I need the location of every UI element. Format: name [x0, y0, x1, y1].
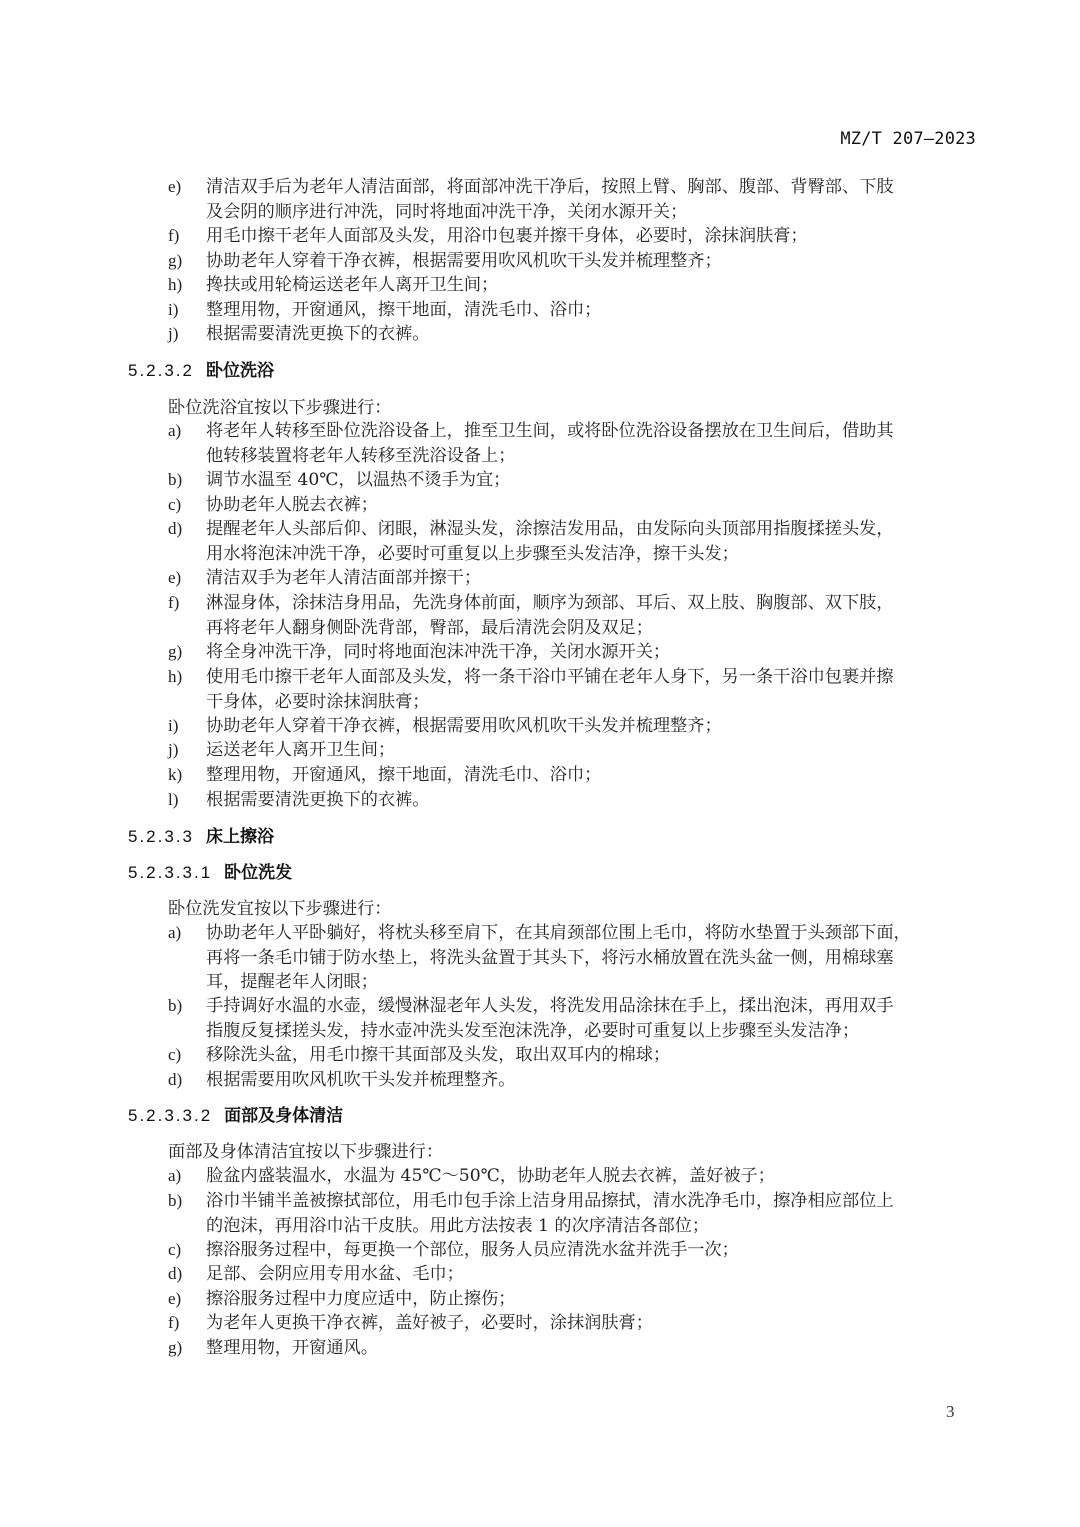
list-item-label: f): [168, 591, 179, 615]
list-item-label: g): [168, 249, 182, 273]
list-item-text: 调节水温至 40℃，以温热不烫手为宜；: [206, 468, 510, 492]
list-item-label: c): [168, 1043, 181, 1067]
list-item-label: e): [168, 175, 181, 199]
list-item-label: a): [168, 921, 181, 945]
list-item-label: f): [168, 224, 179, 248]
section-number: 5.2.3.3: [128, 827, 194, 846]
list-item-label: j): [168, 322, 178, 346]
list-item-text: 根据需要清洗更换下的衣裤。: [206, 322, 429, 346]
list-item-text: 将老年人转移至卧位洗浴设备上，推至卫生间，或将卧位洗浴设备摆放在卫生间后，借助其: [206, 419, 894, 443]
intro-text: 面部及身体清洁宜按以下步骤进行：: [168, 1140, 443, 1164]
list-item-label: d): [168, 1068, 182, 1092]
section-heading: 5.2.3.3.2面部及身体清洁: [128, 1103, 343, 1129]
list-item-label: a): [168, 419, 181, 443]
section-title: 卧位洗浴: [206, 361, 274, 381]
list-item-text: 协助老年人脱去衣裤；: [206, 493, 378, 517]
section-title: 床上擦浴: [206, 827, 274, 847]
list-item-text: 搀扶或用轮椅运送老年人离开卫生间；: [206, 273, 498, 297]
list-item-label: i): [168, 298, 178, 322]
list-item-text: 擦浴服务过程中，每更换一个部位，服务人员应清洗水盆并洗手一次；: [206, 1238, 739, 1262]
standard-code-header: MZ/T 207—2023: [840, 129, 976, 149]
list-item-text: 用毛巾擦干老年人面部及头发，用浴巾包裹并擦干身体，必要时，涂抹润肤膏；: [206, 224, 808, 248]
list-item-label: e): [168, 1287, 181, 1311]
list-item-label: b): [168, 468, 182, 492]
list-item-text: 整理用物，开窗通风。: [206, 1336, 378, 1360]
list-item-label: b): [168, 1189, 182, 1213]
list-item-text: 移除洗头盆，用毛巾擦干其面部及头发，取出双耳内的棉球；: [206, 1043, 670, 1067]
list-item-label: a): [168, 1164, 181, 1188]
list-item-text: 再将一条毛巾铺于防水垫上，将洗头盆置于其头下，将污水桶放置在洗头盆一侧，用棉球塞: [206, 946, 894, 970]
list-item-label: e): [168, 566, 181, 590]
list-item-text: 为老年人更换干净衣裤，盖好被子，必要时，涂抹润肤膏；: [206, 1311, 653, 1335]
list-item-text: 手持调好水温的水壶，缓慢淋湿老年人头发，将洗发用品涂抹在手上，揉出泡沫，再用双手: [206, 994, 894, 1018]
list-item-label: g): [168, 1336, 182, 1360]
list-item-label: d): [168, 1262, 182, 1286]
intro-text: 卧位洗浴宜按以下步骤进行：: [168, 396, 391, 420]
section-heading: 5.2.3.3床上擦浴: [128, 824, 274, 850]
list-item-label: c): [168, 1238, 181, 1262]
list-item-text: 及会阴的顺序进行冲洗，同时将地面冲洗干净，关闭水源开关；: [206, 200, 687, 224]
list-item-label: j): [168, 738, 178, 762]
list-item-text: 的泡沫，再用浴巾沾干皮肤。用此方法按表 1 的次序清洁各部位；: [206, 1214, 709, 1238]
list-item-label: c): [168, 493, 181, 517]
list-item-text: 根据需要用吹风机吹干头发并梳理整齐。: [206, 1068, 515, 1092]
list-item-text: 提醒老年人头部后仰、闭眼，淋湿头发，涂擦洁发用品，由发际向头顶部用指腹揉搓头发，: [206, 517, 894, 541]
list-item-label: g): [168, 640, 182, 664]
list-item-text: 清洁双手后为老年人清洁面部，将面部冲洗干净后，按照上臂、胸部、腹部、背臀部、下肢: [206, 175, 894, 199]
list-item-label: b): [168, 994, 182, 1018]
list-item-label: k): [168, 763, 182, 787]
section-number: 5.2.3.2: [128, 361, 194, 380]
list-item-text: 使用毛巾擦干老年人面部及头发，将一条干浴巾平铺在老年人身下，另一条干浴巾包裹并擦: [206, 665, 894, 689]
list-item-text: 足部、会阴应用专用水盆、毛巾；: [206, 1262, 464, 1286]
list-item-text: 运送老年人离开卫生间；: [206, 738, 395, 762]
list-item-text: 用水将泡沫冲洗干净，必要时可重复以上步骤至头发洁净，擦干头发；: [206, 542, 739, 566]
list-item-text: 协助老年人平卧躺好，将枕头移至肩下，在其肩颈部位围上毛巾，将防水垫置于头颈部下面…: [206, 921, 911, 945]
list-item-label: d): [168, 517, 182, 541]
list-item-text: 清洁双手为老年人清洁面部并擦干；: [206, 566, 481, 590]
list-item-text: 整理用物，开窗通风，擦干地面，清洗毛巾、浴巾；: [206, 763, 601, 787]
list-item-text: 再将老年人翻身侧卧洗背部，臀部，最后清洗会阴及双足；: [206, 616, 653, 640]
list-item-text: 他转移装置将老年人转移至洗浴设备上；: [206, 444, 515, 468]
list-item-label: f): [168, 1311, 179, 1335]
list-item-label: h): [168, 273, 182, 297]
list-item-text: 浴巾半铺半盖被擦拭部位，用毛巾包手涂上洁身用品擦拭，清水洗净毛巾，擦净相应部位上: [206, 1189, 894, 1213]
list-item-text: 协助老年人穿着干净衣裤，根据需要用吹风机吹干头发并梳理整齐；: [206, 714, 722, 738]
list-item-text: 指腹反复揉搓头发，持水壶冲洗头发至泡沫洗净，必要时可重复以上步骤至头发洁净；: [206, 1019, 859, 1043]
section-number: 5.2.3.3.1: [128, 863, 212, 882]
list-item-text: 根据需要清洗更换下的衣裤。: [206, 788, 429, 812]
list-item-text: 耳，提醒老年人闭眼；: [206, 970, 378, 994]
list-item-label: l): [168, 788, 178, 812]
section-heading: 5.2.3.2卧位洗浴: [128, 358, 274, 384]
section-title: 卧位洗发: [224, 863, 292, 883]
page-number: 3: [946, 1402, 955, 1422]
intro-text: 卧位洗发宜按以下步骤进行：: [168, 897, 391, 921]
document-page: MZ/T 207—2023 e)清洁双手后为老年人清洁面部，将面部冲洗干净后，按…: [0, 0, 1080, 1527]
list-item-text: 淋湿身体，涂抹洁身用品，先洗身体前面，顺序为颈部、耳后、双上肢、胸腹部、双下肢，: [206, 591, 894, 615]
section-title: 面部及身体清洁: [224, 1106, 343, 1126]
list-item-text: 整理用物，开窗通风，擦干地面，清洗毛巾、浴巾；: [206, 298, 601, 322]
list-item-text: 干身体，必要时涂抹润肤膏；: [206, 690, 429, 714]
list-item-text: 脸盆内盛装温水，水温为 45℃～50℃，协助老年人脱去衣裤，盖好被子；: [206, 1164, 775, 1188]
list-item-text: 协助老年人穿着干净衣裤，根据需要用吹风机吹干头发并梳理整齐；: [206, 249, 722, 273]
list-item-label: i): [168, 714, 178, 738]
list-item-text: 将全身冲洗干净，同时将地面泡沫冲洗干净，关闭水源开关；: [206, 640, 670, 664]
section-number: 5.2.3.3.2: [128, 1106, 212, 1125]
list-item-text: 擦浴服务过程中力度应适中，防止擦伤；: [206, 1287, 515, 1311]
section-heading: 5.2.3.3.1卧位洗发: [128, 860, 292, 886]
list-item-label: h): [168, 665, 182, 689]
